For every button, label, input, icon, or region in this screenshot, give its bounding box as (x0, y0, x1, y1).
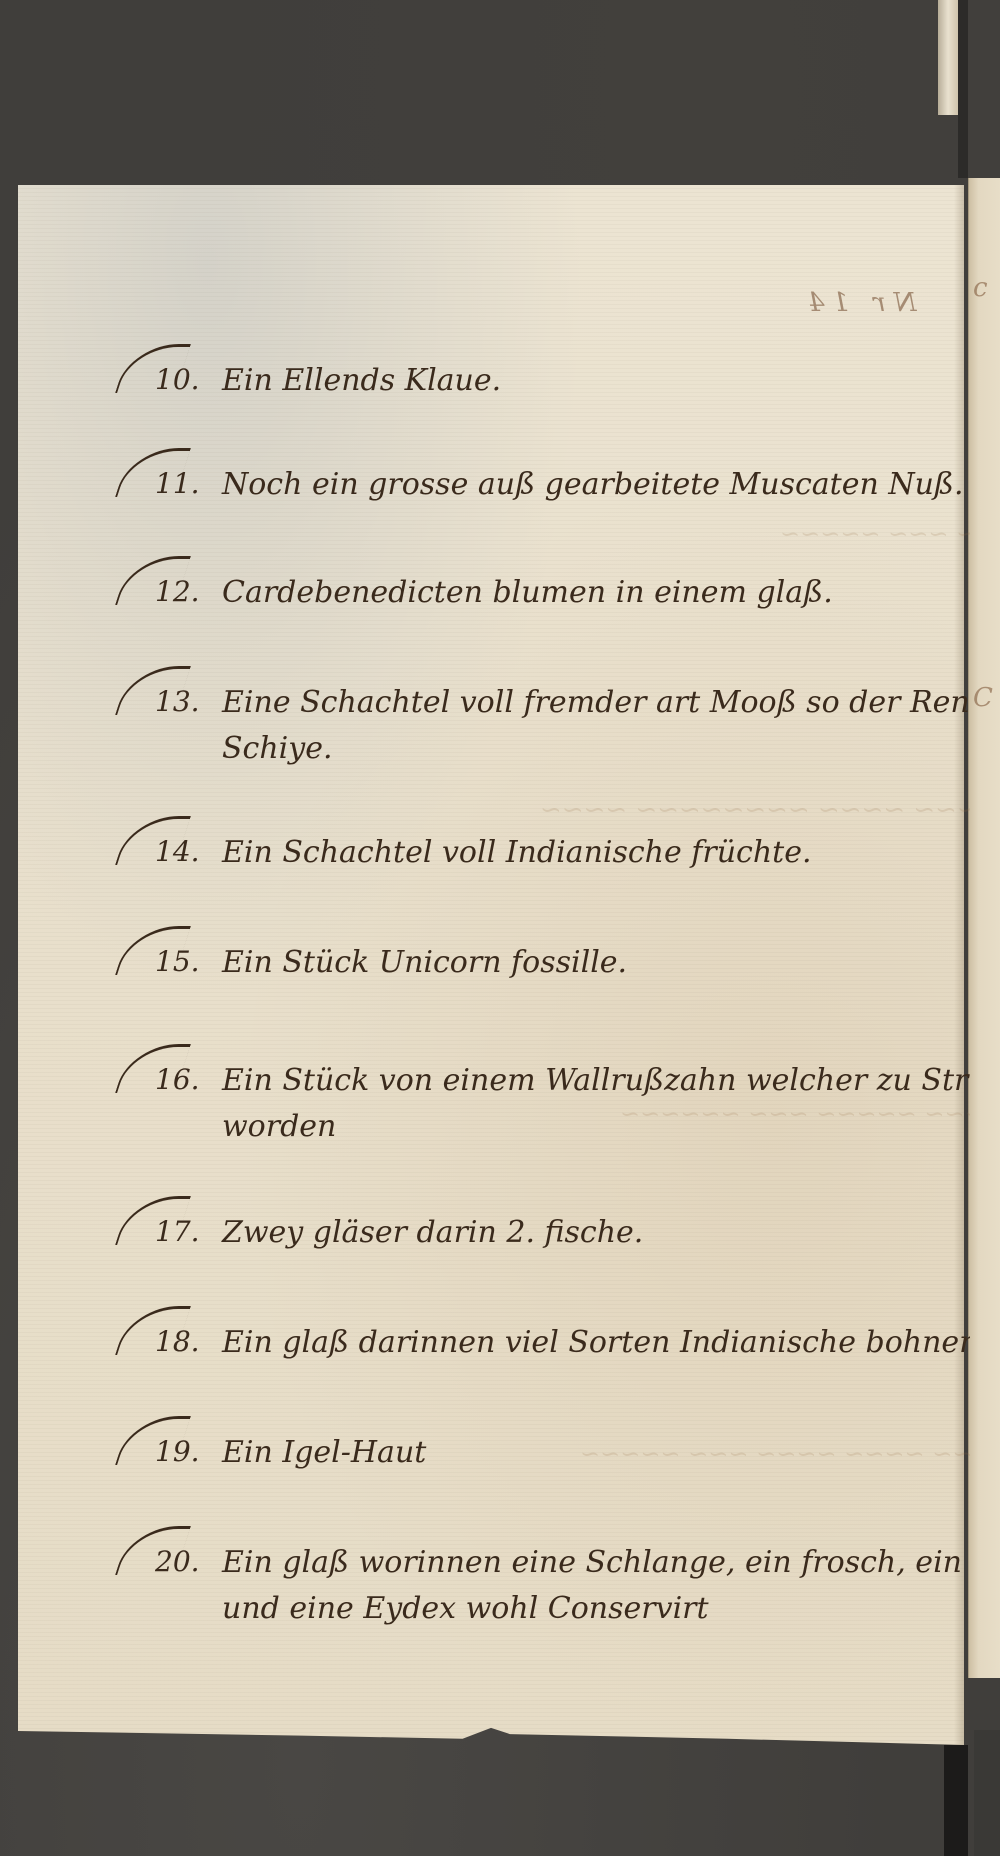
entry-continuation: Schiye. (222, 726, 333, 773)
bleed-through-text: ~~ ~~~~ ~~~~ ~~~ ~~~~~ (580, 1440, 970, 1468)
entry-text: Ein Schachtel voll Indianische früchte. (222, 830, 812, 877)
binding-edge-bottom-right (974, 1730, 1000, 1856)
entry-text: Ein Ellends Klaue. (222, 358, 501, 405)
entry-continuation: worden (222, 1104, 336, 1151)
entry-text: Zwey gläser darin 2. fische. (222, 1210, 643, 1257)
bleed-through-text: ~ ~~~~ ~~~ ~~~~~ (780, 520, 970, 548)
bleed-through-text: ~~~ ~~~~ ~~~~~~~~ ~~~~ (540, 795, 970, 825)
bleed-through-page-number: Nr 14 (800, 288, 917, 318)
entry-number: 15. (155, 940, 200, 983)
entry-text: Ein Stück Unicorn fossille. (222, 940, 627, 987)
page-clip: Nr 14 ~ ~~~~ ~~~ ~~~~~ ~~~ ~~~~ ~~~~~~~~… (0, 0, 970, 1856)
entry-number: 12. (155, 570, 200, 613)
entry-text: Ein glaß worinnen eine Schlange, ein fro… (222, 1540, 962, 1587)
entry-number: 20. (155, 1540, 200, 1583)
entry-number: 17. (155, 1210, 200, 1253)
entry-number: 16. (155, 1058, 200, 1101)
entry-number: 11. (155, 462, 200, 505)
entry-number: 18. (155, 1320, 200, 1363)
entry-text: Ein Igel-Haut (222, 1430, 426, 1477)
entry-text: Ein glaß darinnen viel Sorten Indianisch… (222, 1320, 970, 1367)
entry-text: Eine Schachtel voll fremder art Mooß so … (222, 680, 970, 727)
entry-number: 14. (155, 830, 200, 873)
entry-continuation: und eine Eydex wohl Conservirt (222, 1586, 709, 1633)
adjacent-page-fragment: c (973, 273, 988, 303)
entry-text: Ein Stück von einem Wallrußzahn welcher … (222, 1058, 968, 1105)
entry-number: 10. (155, 358, 200, 401)
entry-text: Noch ein grosse auß gearbeitete Muscaten… (222, 462, 963, 509)
entry-number: 13. (155, 680, 200, 723)
entry-text: Cardebenedicten blumen in einem glaß. (222, 570, 833, 617)
entry-number: 19. (155, 1430, 200, 1473)
adjacent-page-fragment: C (973, 683, 993, 713)
adjacent-page-strip: c C (968, 178, 1000, 1678)
